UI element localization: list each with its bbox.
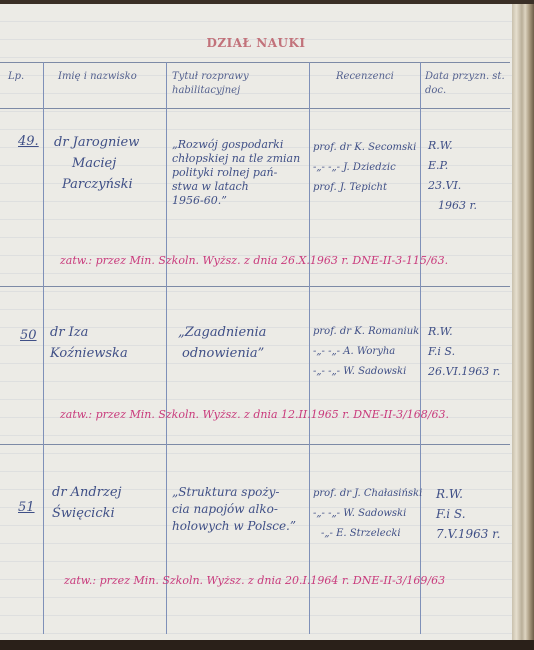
entry-reviewers: prof. dr K. Secomski -„- -„- J. Dziedzic… <box>313 138 416 198</box>
entry-number: 50 <box>20 328 37 343</box>
title-line: 1956-60.” <box>172 194 306 208</box>
column-header-date: Data przyzn. st. doc. <box>425 70 505 98</box>
date-line: 1963 r. <box>428 196 477 216</box>
title-line: „Zagadnienia <box>178 322 306 343</box>
approval-note: zatw.: przez Min. Szkoln. Wyższ. z dnia … <box>64 574 445 587</box>
approval-note: zatw.: przez Min. Szkoln. Wyższ. z dnia … <box>60 408 449 421</box>
book-binding-edge <box>512 4 534 641</box>
column-header-reviewers: Recenzenci <box>336 70 394 84</box>
title-line: chłopskiej na tle zmian <box>172 152 306 166</box>
entry-number: 51 <box>18 500 35 515</box>
name-line: Koźniewska <box>50 343 164 364</box>
column-header-thesis-title: Tytuł rozprawy habilitacyjnej <box>172 70 292 98</box>
reviewer: -„- -„- W. Sadowski <box>313 362 419 382</box>
reviewer: -„- E. Strzelecki <box>313 524 422 544</box>
name-line: dr Jarogniew <box>54 132 166 153</box>
entry-thesis-title: „Struktura spoży- cia napojów alko- holo… <box>172 484 308 535</box>
entry-thesis-title: „Zagadnienia odnowienia” <box>178 322 306 364</box>
reviewer: prof. J. Tepicht <box>313 178 416 198</box>
reviewer: prof. dr K. Romaniuk <box>313 322 419 342</box>
title-line: „Rozwój gospodarki <box>172 138 306 152</box>
name-line: Święcicki <box>52 503 166 524</box>
date-line: R.W. <box>428 322 500 342</box>
entry-reviewers: prof. dr J. Chałasiński -„- -„- W. Sadow… <box>313 484 422 544</box>
row-divider <box>0 286 510 287</box>
date-line: F.i S. <box>436 504 500 524</box>
date-line: E.P. <box>428 156 477 176</box>
header-bottom-rule <box>0 108 510 109</box>
reviewer: -„- -„- A. Woryha <box>313 342 419 362</box>
title-line: cia napojów alko- <box>172 501 308 518</box>
column-header-name: Imię i nazwisko <box>58 70 137 84</box>
reviewer: prof. dr K. Secomski <box>313 138 416 158</box>
entry-name: dr Andrzej Święcicki <box>52 482 166 524</box>
column-divider <box>420 62 421 634</box>
approval-note: zatw.: przez Min. Szkoln. Wyższ. z dnia … <box>60 254 448 267</box>
title-line: stwa w latach <box>172 180 306 194</box>
entry-name: dr Iza Koźniewska <box>50 322 164 364</box>
entry-date: R.W. F.i S. 26.VI.1963 r. <box>428 322 500 382</box>
column-header-lp: Lp. <box>8 70 24 84</box>
name-line: dr Andrzej <box>52 482 166 503</box>
title-line: „Struktura spoży- <box>172 484 308 501</box>
page-title: DZIAŁ NAUKI <box>0 36 512 50</box>
entry-date: R.W. E.P. 23.VI. 1963 r. <box>428 136 477 216</box>
date-line: 7.V.1963 r. <box>436 524 500 544</box>
entry-thesis-title: „Rozwój gospodarki chłopskiej na tle zmi… <box>172 138 306 208</box>
reviewer: prof. dr J. Chałasiński <box>313 484 422 504</box>
entry-number: 49. <box>18 134 39 149</box>
ledger-page: DZIAŁ NAUKI Lp. Imię i nazwisko Tytuł ro… <box>0 4 512 641</box>
entry-reviewers: prof. dr K. Romaniuk -„- -„- A. Woryha -… <box>313 322 419 382</box>
reviewer: -„- -„- J. Dziedzic <box>313 158 416 178</box>
title-line: odnowienia” <box>178 343 306 364</box>
entry-date: R.W. F.i S. 7.V.1963 r. <box>436 484 500 544</box>
date-line: R.W. <box>436 484 500 504</box>
column-divider <box>166 62 167 634</box>
table-top-rule <box>0 62 510 63</box>
title-line: polityki rolnej pań- <box>172 166 306 180</box>
column-divider <box>309 62 310 634</box>
title-line: holowych w Polsce.” <box>172 518 308 535</box>
date-line: 26.VI.1963 r. <box>428 362 500 382</box>
entry-name: dr Jarogniew Maciej Parczyński <box>54 132 166 195</box>
date-line: 23.VI. <box>428 176 477 196</box>
name-line: Parczyński <box>54 174 166 195</box>
reviewer: -„- -„- W. Sadowski <box>313 504 422 524</box>
column-divider <box>43 62 44 634</box>
date-line: F.i S. <box>428 342 500 362</box>
date-line: R.W. <box>428 136 477 156</box>
name-line: dr Iza <box>50 322 164 343</box>
book-bottom-edge <box>0 640 534 650</box>
name-line: Maciej <box>54 153 166 174</box>
row-divider <box>0 444 510 445</box>
